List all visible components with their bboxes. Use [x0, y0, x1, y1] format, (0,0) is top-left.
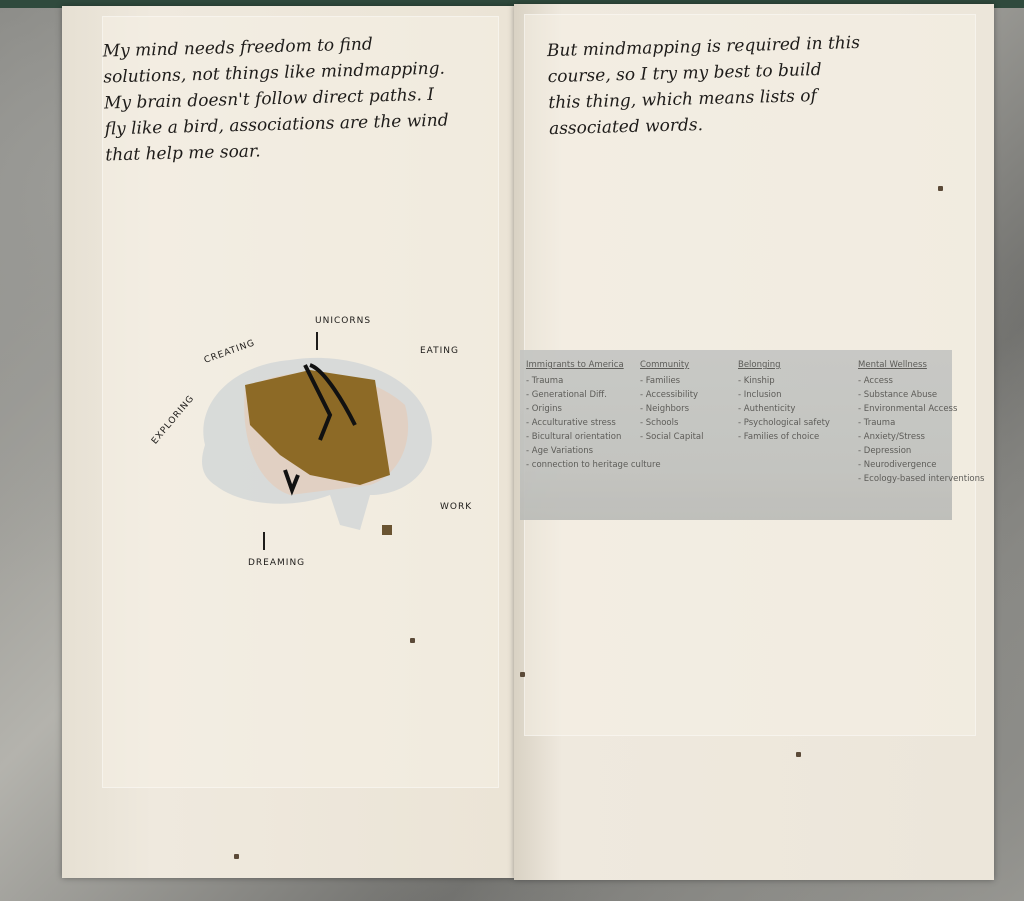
mindmap-photo: Immigrants to America - Trauma - Generat… [520, 350, 952, 520]
mindmap-column: Mental Wellness - Access - Substance Abu… [858, 358, 984, 486]
paper-fleck [520, 672, 525, 677]
left-handwritten-text: My mind needs freedom to find solutions,… [102, 30, 449, 169]
label-eating: Eating [420, 346, 459, 356]
leader-line [263, 532, 265, 550]
right-handwritten-text: But mindmapping is required in this cour… [547, 30, 863, 142]
brain-icon [190, 345, 440, 535]
paper-fleck [410, 638, 415, 643]
mindmap-column: Community - Families - Accessibility - N… [640, 358, 703, 444]
leader-line [316, 332, 318, 350]
brain-illustration [190, 345, 440, 535]
paper-fleck [234, 854, 239, 859]
label-dreaming: Dreaming [248, 558, 305, 568]
paper-fleck [938, 186, 943, 191]
mindmap-column: Belonging - Kinship - Inclusion - Authen… [738, 358, 830, 444]
label-work: Work [440, 502, 472, 512]
paper-fleck [796, 752, 801, 757]
label-unicorns: Unicorns [315, 316, 371, 326]
